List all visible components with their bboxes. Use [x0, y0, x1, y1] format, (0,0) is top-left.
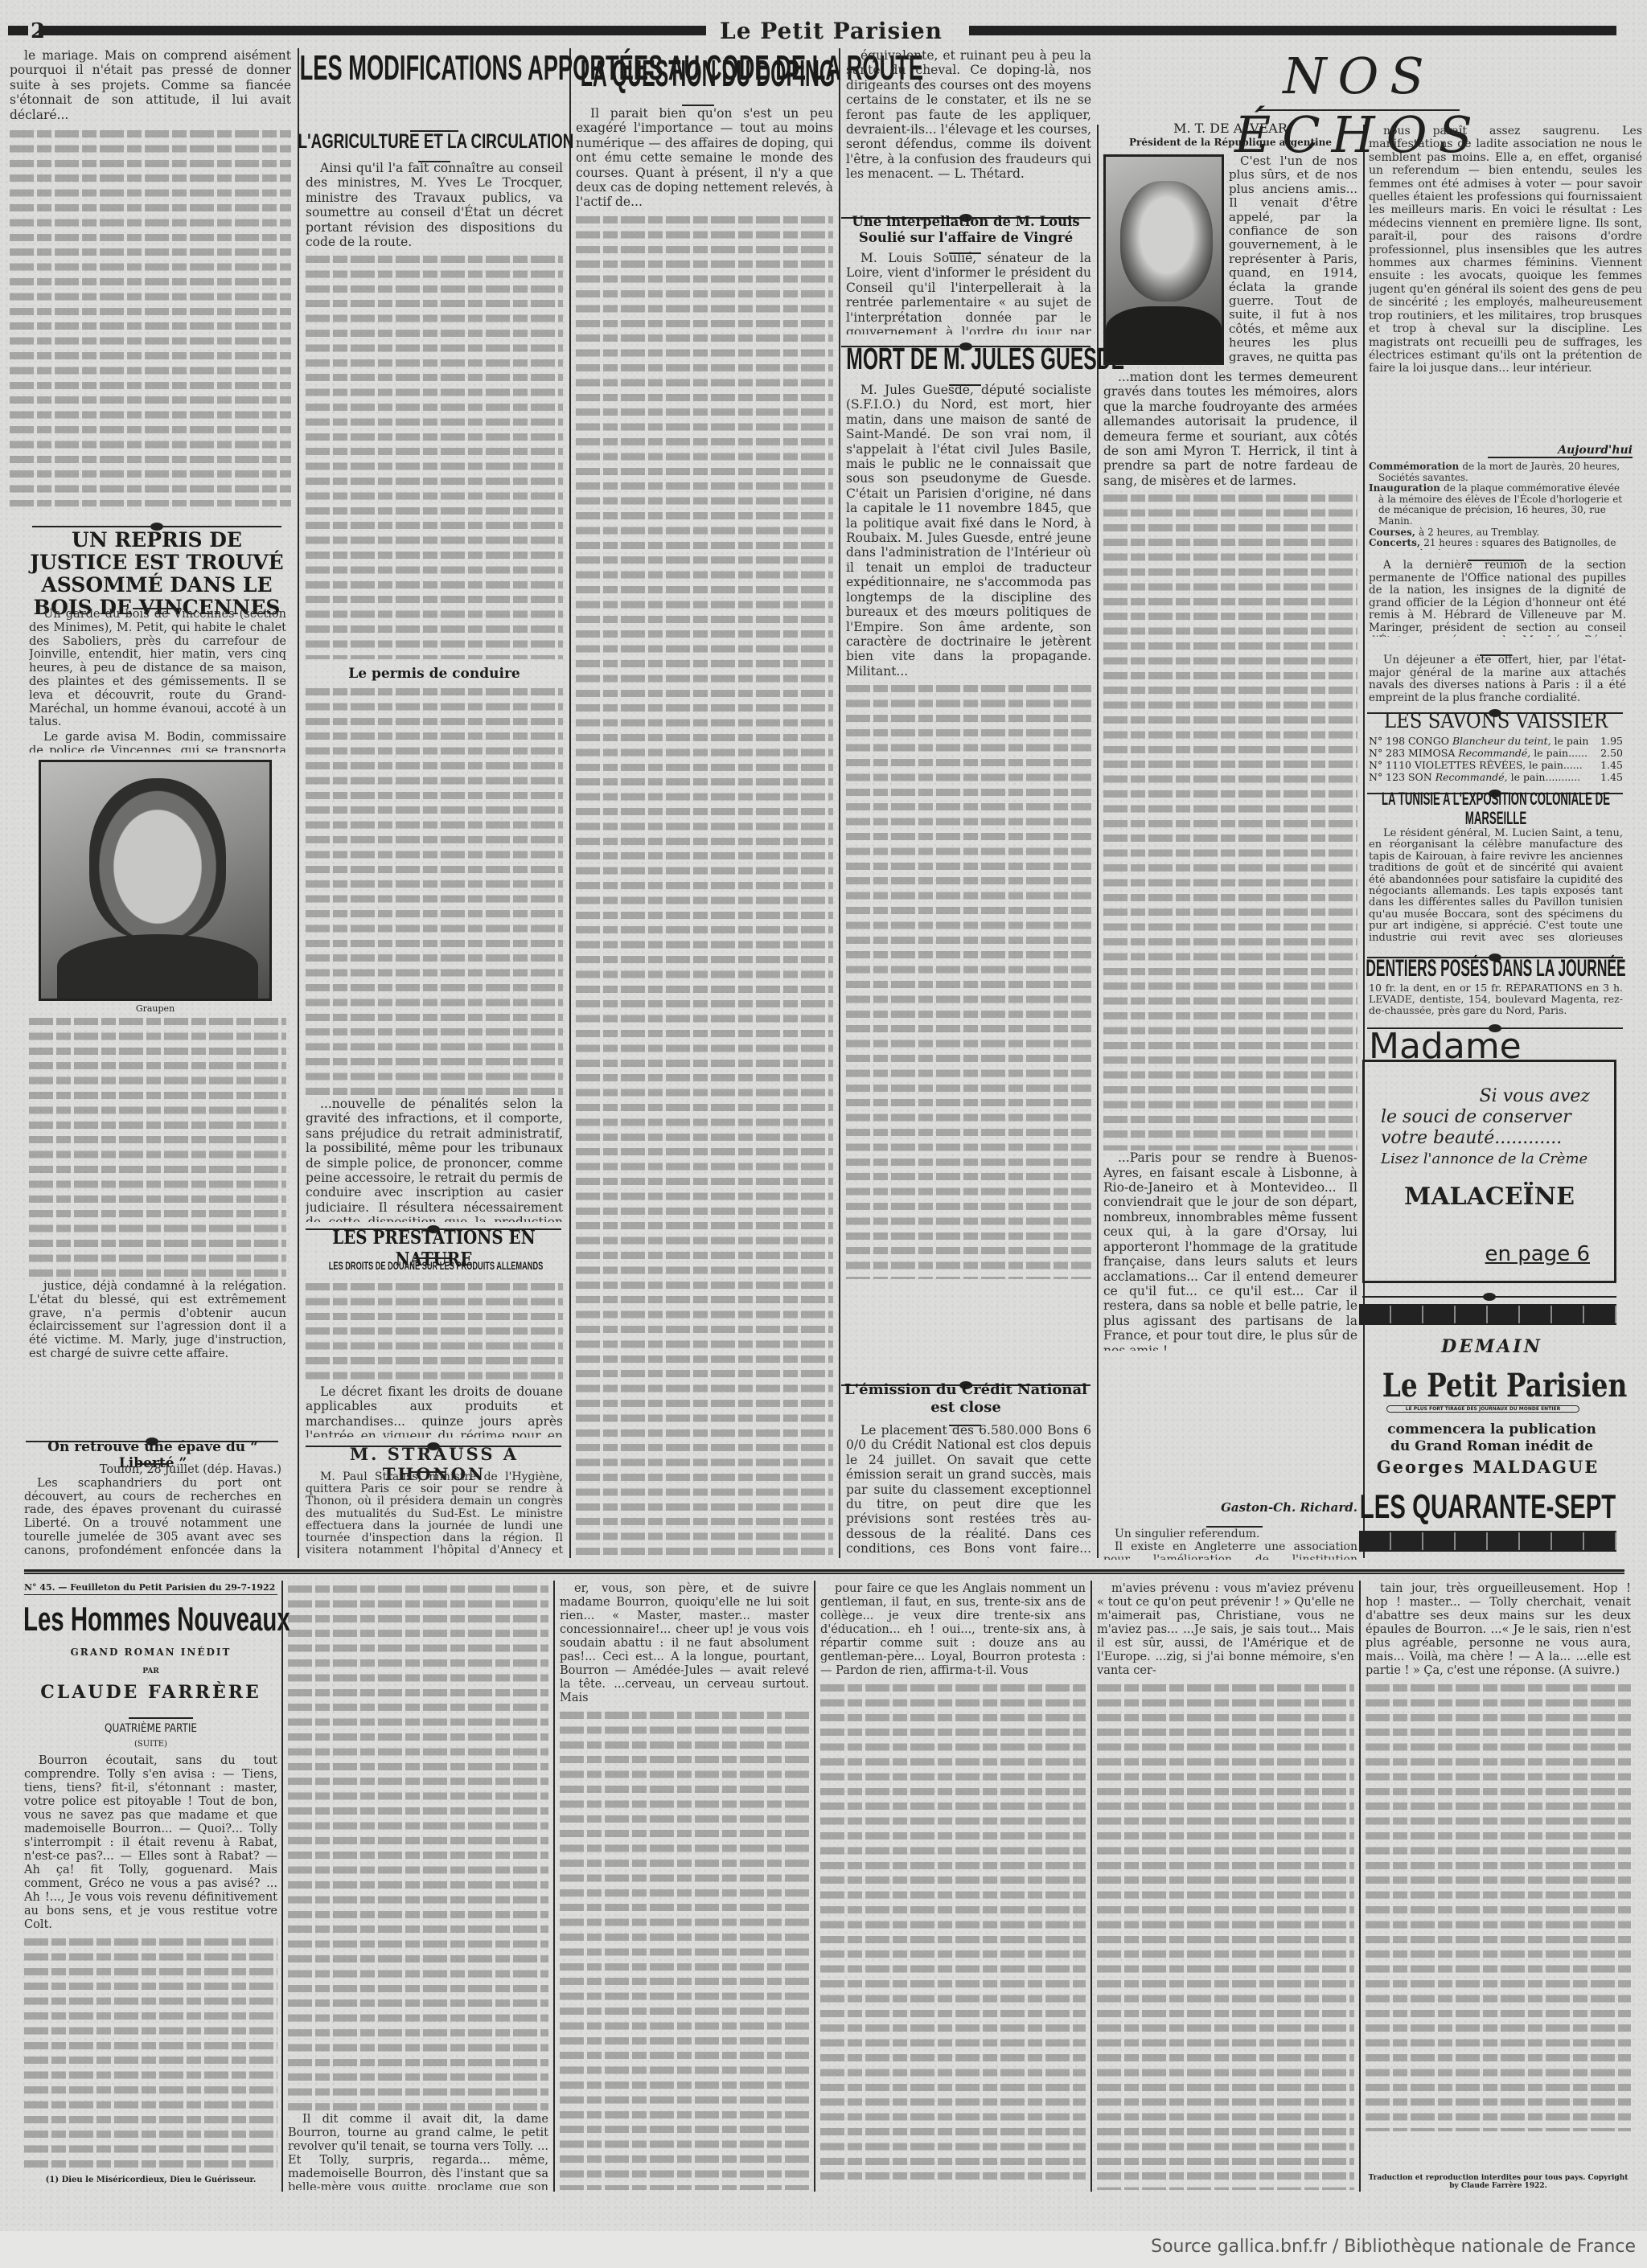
headline-soulie: Une interpellation de M. Louis Soulié su…: [841, 214, 1090, 246]
ad-dentiers-title: DENTIERS POSÉS DANS LA JOURNÉE: [1366, 955, 1627, 982]
portrait-shoulders: [57, 934, 258, 999]
portrait-shoulders: [1106, 306, 1222, 363]
column-rule: [569, 48, 571, 1558]
agenda-item: Concerts, 21 heures : squares des Batign…: [1369, 538, 1626, 550]
subhead-agriculture: L'AGRICULTURE ET LA CIRCULATION: [298, 130, 575, 154]
article-liberte-body: Toulon, 28 juillet (dép. Havas.) Les sca…: [24, 1463, 281, 1556]
ad-demain-title: LES QUARANTE-SEPT: [1358, 1487, 1617, 1526]
feuilleton-title: Les Hommes Nouveaux: [23, 1600, 282, 1638]
column-rule: [298, 48, 299, 1558]
ad-dentiers-body: 10 fr. la dent, en or 15 fr. RÉPARATIONS…: [1369, 982, 1623, 1021]
column-rule: [839, 48, 840, 1558]
article-code-route-body: Ainsi qu'il l'a fait connaître au consei…: [306, 161, 563, 659]
headline-credit-national: L'émission du Crédit National est close: [841, 1381, 1090, 1417]
feuilleton-column-4: pour faire ce que les Anglais nomment un…: [820, 1582, 1086, 2190]
feuilleton-column-1: Bourron écoutait, sans du tout comprendr…: [24, 1754, 277, 2172]
feature-signature: Gaston-Ch. Richard.: [1103, 1500, 1357, 1515]
ad-demain-tagline: LE PLUS FORT TIRAGE DES JOURNAUX DU MOND…: [1386, 1405, 1579, 1413]
feuilleton-separator: [24, 1569, 1624, 1574]
price-row: N° 123 SON Recommandé, le pain..........…: [1369, 771, 1623, 783]
portrait-face: [1120, 181, 1213, 301]
masthead: 2 Le Petit Parisien: [8, 18, 1616, 42]
article-doping-cont: équivalente, et ruinant peu à peu la san…: [846, 48, 1091, 206]
brand-malaceine: MALACEÏNE: [1365, 1183, 1614, 1211]
decorative-border: [1359, 1304, 1616, 1325]
ad-savons-title: LES SAVONS VAISSIER: [1382, 709, 1609, 733]
ad-malaceine: Si vous avez le souci de conserver votre…: [1362, 1060, 1616, 1283]
feuilleton-header: N° 45. — Feuilleton du Petit Parisien du…: [24, 1582, 277, 1595]
photo-caption: Graupen: [39, 1003, 272, 1014]
ad-demain-heading: DEMAIN: [1367, 1336, 1616, 1357]
echos-referendum-body: nous paraît assez saugrenu. Les manifest…: [1369, 125, 1642, 442]
subhead-permis: Le permis de conduire: [306, 666, 563, 682]
item-legion: A la dernière réunion de la section perm…: [1369, 560, 1626, 637]
alvear-photo: [1103, 154, 1224, 365]
article-strauss-body: M. Paul Strauss, ministre de l'Hygiène, …: [306, 1471, 563, 1556]
suspect-photo: [39, 760, 272, 1001]
page-ref: en page 6: [1485, 1242, 1590, 1266]
article-guesde-body: M. Jules Guesde, député socialiste (S.F.…: [846, 383, 1091, 1279]
agenda-item: Commémoration de la mort de Jaurès, 20 h…: [1369, 461, 1626, 483]
item-dejeuner: Un déjeuner a été offert, hier, par l'ét…: [1369, 654, 1626, 706]
feuilleton-column-6: tain jour, très orgueilleusement. Hop ! …: [1366, 1582, 1631, 2161]
article-doping-body: Il parait bien qu'on s'est un peu exagér…: [576, 106, 833, 1557]
headline-code-route: LES MODIFICATIONS APPORTÉES AU CODE DE L…: [299, 50, 569, 87]
agenda-item: Courses, à 2 heures, au Tremblay.: [1369, 527, 1626, 539]
ad-tunisie-body: Le résident général, M. Lucien Saint, a …: [1369, 828, 1623, 941]
feuilleton-footnote: (1) Dieu le Miséricordieux, Dieu le Guér…: [24, 2176, 277, 2184]
portrait-face: [89, 778, 226, 939]
article-soulie-body: M. Louis Soulié, sénateur de la Loire, v…: [846, 251, 1091, 334]
aujourdhui-title: Aujourd'hui: [1488, 444, 1633, 458]
feature-name: M. T. DE ALVEAR: [1102, 121, 1359, 136]
ad-savons-price-list: N° 198 CONGO Blancheur du teint, le pain…: [1369, 735, 1623, 783]
headline-doping: LA QUESTION DU DOPING: [577, 51, 838, 95]
feuilleton-author: CLAUDE FARRÈRE: [24, 1682, 277, 1703]
feuilleton-suite: (SUITE): [24, 1740, 277, 1749]
feuilleton-par: PAR: [24, 1667, 277, 1675]
ad-demain-author: Georges MALDAGUE: [1359, 1457, 1616, 1477]
ad-demain-paper: Le Petit Parisien: [1382, 1367, 1593, 1405]
price-row: N° 283 MIMOSA Recommandé, le pain......2…: [1369, 747, 1623, 759]
price-row: N° 198 CONGO Blancheur du teint, le pain…: [1369, 735, 1623, 747]
subhead-douane: LES DROITS DE DOUANE SUR LES PRODUITS AL…: [298, 1259, 573, 1272]
article-vincennes-body: Un garde du bois de Vincennes (section d…: [29, 608, 286, 753]
article-prestations-body: Le décret fixant les droits de douane ap…: [306, 1280, 563, 1437]
decorative-border: [1359, 1531, 1616, 1552]
feuilleton-subtitle: GRAND ROMAN INÉDIT: [24, 1647, 277, 1658]
paper-name: Le Petit Parisien: [720, 18, 943, 44]
headline-repris-de-justice: UN REPRIS DE JUSTICE EST TROUVÉ ASSOMMÉ …: [24, 529, 290, 619]
feuilleton-part: QUATRIÈME PARTIE: [42, 1722, 260, 1735]
article-continued: le mariage. Mais on comprend aisément po…: [10, 48, 291, 507]
source-credit: Source gallica.bnf.fr / Bibliothèque nat…: [1151, 2237, 1636, 2257]
feature-body: C'est l'un de nos plus sûrs, et de nos p…: [1229, 154, 1357, 365]
newspaper-page: 2 Le Petit Parisien le mariage. Mais on …: [0, 0, 1647, 2231]
feuilleton-copyright: Traduction et reproduction interdites po…: [1366, 2174, 1631, 2190]
aujourdhui-list: Commémoration de la mort de Jaurès, 20 h…: [1369, 461, 1626, 550]
ad-tunisie-title: LA TUNISIE A L'EXPOSITION COLONIALE DE M…: [1351, 789, 1641, 828]
article-permis-body: ...nouvelle de pénalités selon la gravit…: [306, 685, 563, 1222]
feature-subtitle: Président de la République argentine: [1102, 137, 1359, 148]
article-vincennes-cont: justice, déjà condamné à la relégation. …: [29, 1015, 286, 1368]
feature-body-continued: ...mation dont les termes demeurent grav…: [1103, 370, 1357, 1351]
column-rule: [1363, 125, 1365, 1558]
article-credit-national-body: Le placement des 6.580.000 Bons 6 0/0 du…: [846, 1423, 1091, 1558]
feuilleton-column-2: Il dit comme il avait dit, la dame Bourr…: [288, 1582, 548, 2190]
feuilleton-column-5: m'avies prévenu : vous m'aviez prévenu «…: [1097, 1582, 1354, 2190]
item-referendum: Un singulier referendum. Il existe en An…: [1103, 1528, 1357, 1560]
price-row: N° 1110 VIOLETTES RÊVÉES, le pain......1…: [1369, 759, 1623, 771]
title-underline: [1259, 109, 1460, 111]
feuilleton-column-3: er, vous, son père, et de suivre madame …: [560, 1582, 809, 2190]
headline-guesde: MORT DE M. JULES GUESDE: [846, 342, 1092, 377]
agenda-item: Inauguration de la plaque commémorative …: [1369, 483, 1626, 527]
